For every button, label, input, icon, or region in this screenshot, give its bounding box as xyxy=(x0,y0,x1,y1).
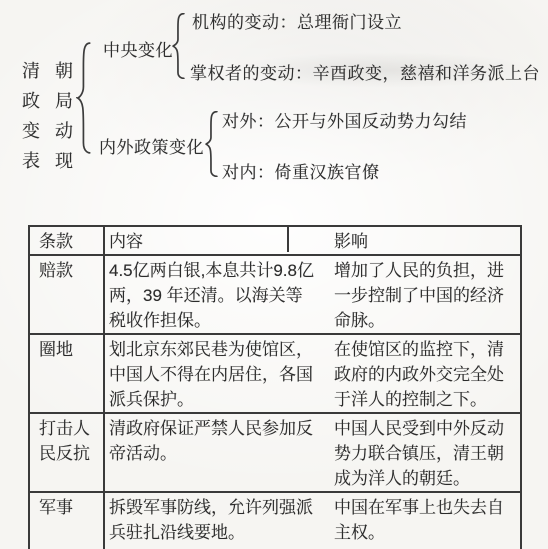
content-cell: 清政府保证严禁人民参加反帝活动。 xyxy=(104,413,318,492)
qing-political-change-diagram: 清朝 政局 变动 表现 中央变化 机构的变动：总理衙门设立 掌权者的变动：辛酉政… xyxy=(0,0,548,212)
content-cell: 拆毁军事防线，允许列强派兵驻扎沿线要地。 xyxy=(104,492,318,549)
col-header-content: 内容 xyxy=(104,226,318,255)
term-cell: 军事 xyxy=(29,492,104,549)
col-header-impact: 影响 xyxy=(318,226,521,255)
table-row: 赔款 4.5亿两白银,本息共计9.8亿两，39 年还清。以海关等税收作担保。 增… xyxy=(29,255,521,334)
col-header-term: 条款 xyxy=(29,226,104,255)
impact-cell: 增加了人民的负担，进一步控制了中国的经济命脉。 xyxy=(318,255,521,334)
leaf-powerholder-change: 掌权者的变动：辛酉政变，慈禧和洋务派上台 xyxy=(190,59,540,84)
table-row: 打击人民反抗 清政府保证严禁人民参加反帝活动。 中国人民受到中外反动势力联合镇压… xyxy=(29,413,521,492)
term-cell: 赔款 xyxy=(29,255,104,334)
content-cell: 划北京东郊民巷为使馆区，中国人不得在内居住，各国派兵保护。 xyxy=(104,334,318,413)
table-header-row: 条款 内容 影响 xyxy=(29,226,521,255)
term-cell: 圈地 xyxy=(29,334,104,413)
root-brace xyxy=(76,42,92,154)
scanned-study-sheet: 清朝 政局 变动 表现 中央变化 机构的变动：总理衙门设立 掌权者的变动：辛酉政… xyxy=(0,0,548,549)
policy-change-brace xyxy=(204,111,219,177)
boxer-protocol-table: 条款 内容 影响 赔款 4.5亿两白银,本息共计9.8亿两，39 年还清。以海关… xyxy=(28,225,522,549)
leaf-internal-policy: 对内：倚重汉族官僚 xyxy=(222,158,380,183)
impact-cell: 中国人民受到中外反动势力联合镇压，清王朝成为洋人的朝廷。 xyxy=(318,413,521,492)
term-cell: 打击人民反抗 xyxy=(29,413,104,492)
table-row: 圈地 划北京东郊民巷为使馆区，中国人不得在内居住，各国派兵保护。 在使馆区的监控… xyxy=(29,334,521,413)
impact-cell: 中国在军事上也失去自主权。 xyxy=(318,492,521,549)
leaf-institution-change: 机构的变动：总理衙门设立 xyxy=(192,8,402,33)
leaf-external-policy: 对外：公开与外国反动势力勾结 xyxy=(222,107,467,132)
header-column-divider xyxy=(287,226,289,252)
branch-policy-change-label: 内外政策变化 xyxy=(99,133,204,158)
central-change-brace xyxy=(171,13,186,79)
table-row: 军事 拆毁军事防线，允许列强派兵驻扎沿线要地。 中国在军事上也失去自主权。 xyxy=(29,492,521,549)
content-cell: 4.5亿两白银,本息共计9.8亿两，39 年还清。以海关等税收作担保。 xyxy=(104,255,318,334)
branch-central-change-label: 中央变化 xyxy=(103,36,173,61)
impact-cell: 在使馆区的监控下，清政府的内政外交完全处于洋人的控制之下。 xyxy=(318,334,521,413)
